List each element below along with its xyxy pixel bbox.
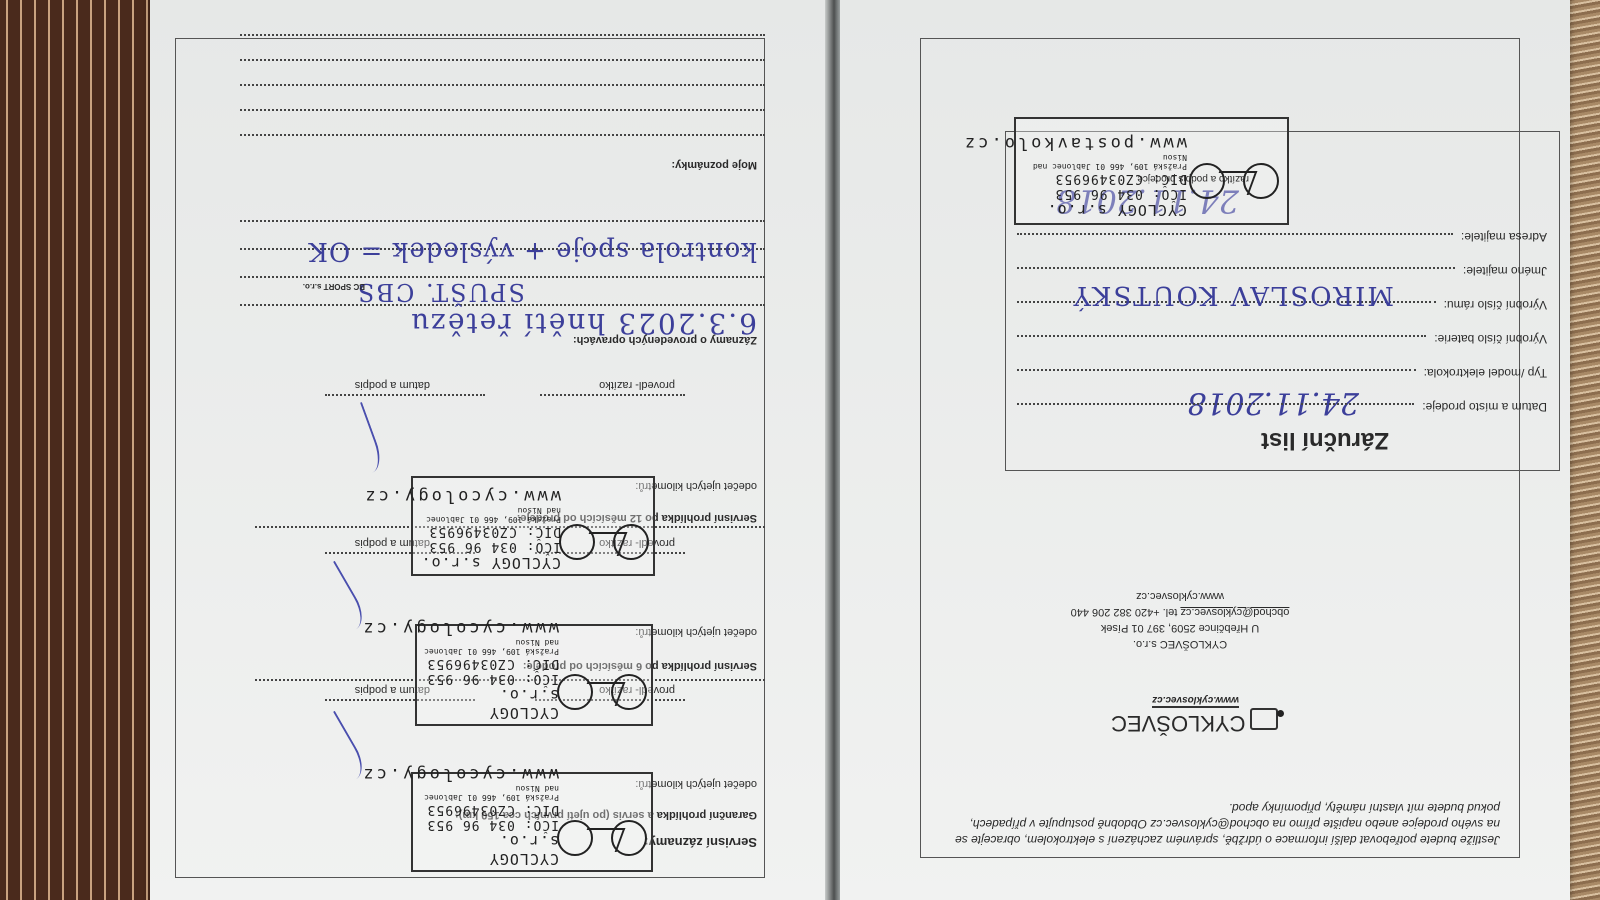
logo-name: CYKLOŠVEC xyxy=(1111,711,1246,736)
repair-entry-1: 6.3.2023 hnětí řetězu xyxy=(409,307,757,340)
address-phone: tel. +420 382 206 440 xyxy=(1071,606,1178,618)
address-company: CYKLOŠVEC s.r.o. xyxy=(1050,636,1310,652)
service-panel: Servisní záznamy: Garanční prohlídka a s… xyxy=(150,0,825,900)
logo-web: www.cyklosvec.cz xyxy=(1152,694,1239,708)
bc-sport-stamp: BC SPORT s.r.o. xyxy=(303,282,365,291)
notes-line-2 xyxy=(240,109,765,111)
notes-title: Moje poznámky: xyxy=(671,159,757,171)
bike-logo-icon xyxy=(1250,710,1280,732)
field-owner-name: Jméno majitele: xyxy=(1017,264,1547,278)
notes-line-3 xyxy=(240,84,765,86)
repair-line-4 xyxy=(240,220,765,222)
address-street: U Hřebčince 2509, 397 01 Písek xyxy=(1050,620,1310,636)
field-owner-address: Adresa majitele: xyxy=(1017,230,1547,244)
intro-text: Jestliže budete potřebovat další informa… xyxy=(940,800,1500,848)
handwritten-owner-name: MIROSLAV KOUTSKÝ xyxy=(1072,280,1394,310)
inspection-1-odometer: odečet ujetých kilometrů: xyxy=(635,778,757,790)
final-stamp-label: provedl- razítko xyxy=(599,379,675,391)
notes-line-4 xyxy=(240,59,765,61)
warranty-panel: Jestliže budete potřebovat další informa… xyxy=(840,0,1570,900)
warranty-form: Záruční list 24.11.2018 Datum a místo pr… xyxy=(1005,131,1560,471)
warranty-card: Jestliže budete potřebovat další informa… xyxy=(150,0,1570,900)
bike-stamp-icon xyxy=(557,674,647,714)
seller-address: CYKLOŠVEC s.r.o. U Hřebčince 2509, 397 0… xyxy=(1050,588,1310,652)
bike-stamp-icon xyxy=(557,820,647,860)
final-sign-line xyxy=(325,394,485,396)
field-battery-serial: Výrobní číslo baterie: xyxy=(1017,332,1547,346)
paper-fold xyxy=(825,0,840,900)
bike-stamp-icon xyxy=(559,524,649,564)
field-sale-date: Datum a místo prodeje: xyxy=(1017,400,1547,414)
service-stamp-1: CYCLOGY s.r.o. IČO: 034 96 953 DIČ: CZ03… xyxy=(411,772,653,872)
final-sign-label: datum a podpis xyxy=(355,379,430,391)
inspection-2-odometer: odečet ujetých kilometrů: xyxy=(635,626,757,638)
final-stamp-line xyxy=(540,394,685,396)
address-email: obchod@cyklosvec.cz xyxy=(1180,606,1289,618)
service-title: Servisní záznamy: xyxy=(644,835,757,850)
repair-entry-3: kontrola spoje + výsledek = OK xyxy=(308,236,757,266)
service-stamp-3: CYCLOGY s.r.o. IČO: 034 96 953 DIČ: CZ03… xyxy=(411,476,655,576)
notes-line-1 xyxy=(240,134,765,136)
address-web: www.cyklosvec.cz xyxy=(1050,588,1310,604)
service-stamp-2: CYCLOGY s.r.o. IČO: 034 96 953 DIČ: CZ03… xyxy=(415,624,653,726)
field-bike-model: Typ /model elektrokola: xyxy=(1017,366,1547,380)
seller-stamp: CYCLOGY s.r.o. IČO: 034 96 953 DIČ: CZ03… xyxy=(1014,117,1289,225)
notes-line-5 xyxy=(240,34,765,36)
repair-entry-2: SPUŠT. CBS xyxy=(356,278,525,306)
form-title: Záruční list xyxy=(1261,426,1389,454)
stamp-caption: razítko a podpis prodejce xyxy=(1137,173,1249,184)
cyklosvec-logo: CYKLOŠVEC www.cyklosvec.cz xyxy=(1111,692,1280,736)
